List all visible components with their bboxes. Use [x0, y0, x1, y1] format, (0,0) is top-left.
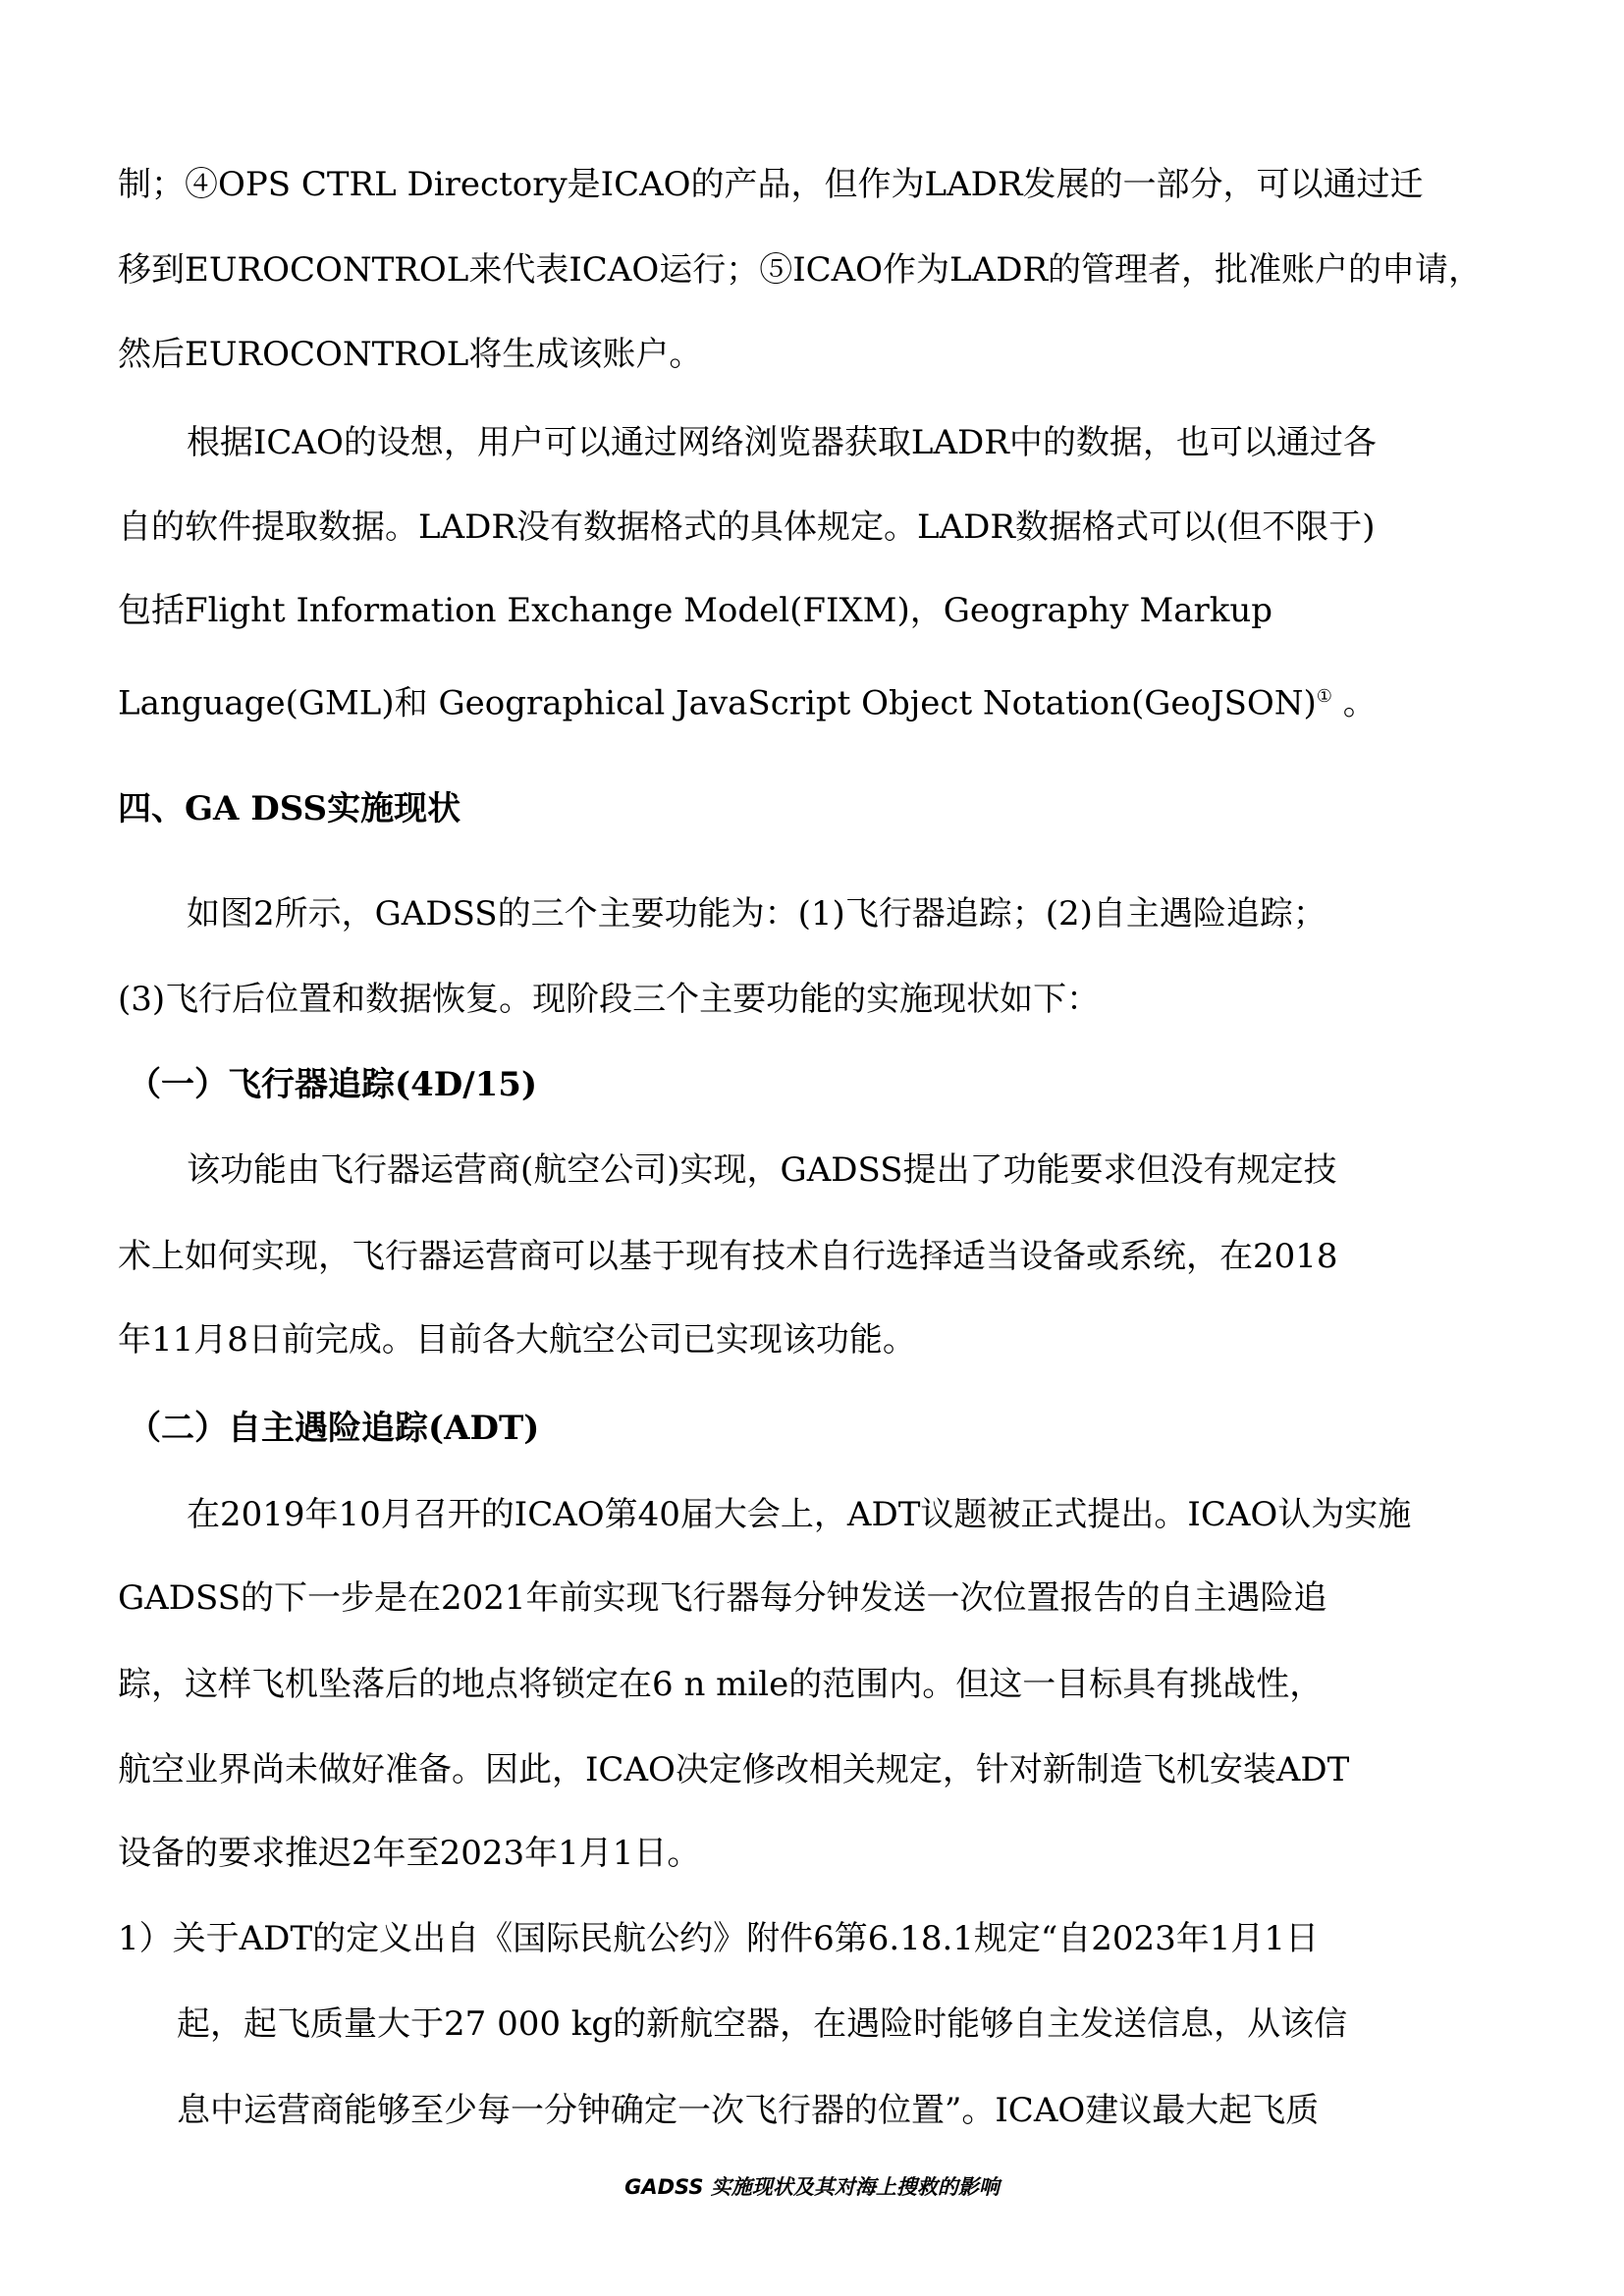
- body-text: Language(GML)和 Geographical JavaScript O…: [118, 683, 1317, 722]
- list-item: 1）关于ADT的定义出自《国际民航公约》附件6第6.18.1规定“自2023年1…: [118, 1919, 1319, 1958]
- footnote-mark[interactable]: ①: [1317, 686, 1332, 707]
- body-text-line: 然后EUROCONTROL将生成该账户。: [118, 335, 702, 374]
- body-text-line: 术上如何实现，飞行器运营商可以基于现有技术自行选择适当设备或系统，在2018: [118, 1237, 1338, 1276]
- body-text-line: 包括Flight Information Exchange Model(FIXM…: [118, 591, 1272, 630]
- body-text: 。: [1332, 683, 1377, 722]
- body-text-line: 航空业界尚未做好准备。因此，ICAO决定修改相关规定，针对新制造飞机安装ADT: [118, 1750, 1349, 1789]
- list-item-continuation: 息中运营商能够至少每一分钟确定一次飞行器的位置”。ICAO建议最大起飞质: [177, 2091, 1319, 2130]
- body-text-line: 年11月8日前完成。目前各大航空公司已实现该功能。: [118, 1320, 916, 1360]
- body-text-line: 制；④OPS CTRL Directory是ICAO的产品，但作为LADR发展的…: [118, 165, 1424, 204]
- body-text-line: Language(GML)和 Geographical JavaScript O…: [118, 677, 1377, 722]
- body-text-line: 移到EUROCONTROL来代表ICAO运行；⑤ICAO作为LADR的管理者，批…: [118, 250, 1482, 290]
- body-text-line: 根据ICAO的设想，用户可以通过网络浏览器获取LADR中的数据，也可以通过各: [187, 423, 1377, 462]
- list-item-continuation: 起，起飞质量大于27 000 kg的新航空器，在遇险时能够自主发送信息，从该信: [177, 2004, 1347, 2044]
- body-text-line: (3)飞行后位置和数据恢复。现阶段三个主要功能的实施现状如下：: [118, 980, 1100, 1019]
- body-text-line: 踪，这样飞机坠落后的地点将锁定在6 n mile的范围内。但这一目标具有挑战性，: [118, 1665, 1323, 1704]
- section-heading: 四、GA DSS实施现状: [118, 789, 460, 828]
- subsection-heading: （二）自主遇险追踪(ADT): [128, 1409, 539, 1448]
- subsection-heading: （一）飞行器追踪(4D/15): [128, 1065, 537, 1104]
- body-text-line: 如图2所示，GADSS的三个主要功能为：(1)飞行器追踪；(2)自主遇险追踪；: [187, 894, 1326, 934]
- body-text-line: 该功能由飞行器运营商(航空公司)实现，GADSS提出了功能要求但没有规定技: [187, 1150, 1337, 1190]
- page-footer: GADSS 实施现状及其对海上搜救的影响: [0, 2171, 1624, 2201]
- body-text-line: GADSS的下一步是在2021年前实现飞行器每分钟发送一次位置报告的自主遇险追: [118, 1578, 1327, 1618]
- body-text-line: 设备的要求推迟2年至2023年1月1日。: [118, 1834, 700, 1873]
- body-text-line: 自的软件提取数据。LADR没有数据格式的具体规定。LADR数据格式可以(但不限于…: [118, 507, 1376, 547]
- body-text-line: 在2019年10月召开的ICAO第40届大会上，ADT议题被正式提出。ICAO认…: [187, 1495, 1411, 1534]
